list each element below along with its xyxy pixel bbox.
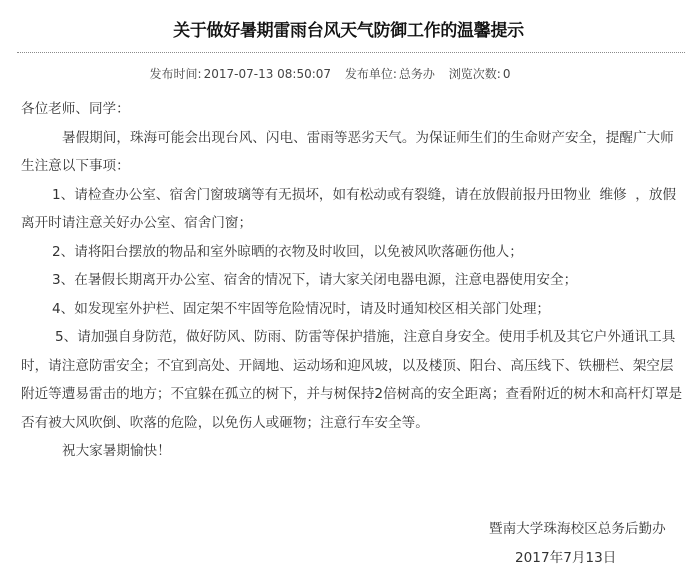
signature: 暨南大学珠海校区总务后勤办 xyxy=(489,519,666,539)
publisher: 总务办 xyxy=(399,67,435,81)
article-body: 各位老师、同学： 暑假期间，珠海可能会出现台风、闪电、雷雨等恶劣天气。为保证师生… xyxy=(21,95,683,466)
greeting: 各位老师、同学： xyxy=(21,95,683,124)
title-divider xyxy=(17,52,685,53)
article-title: 关于做好暑期雷雨台风天气防御工作的温馨提示 xyxy=(0,19,697,43)
notice-item-3: 3、在暑假长期离开办公室、宿舍的情况下，请大家关闭电器电源，注意电器使用安全； xyxy=(21,266,683,295)
signature-date: 2017年7月13日 xyxy=(515,548,616,568)
publisher-label: 发布单位: xyxy=(345,67,397,81)
notice-item-1: 1、请检查办公室、宿舍门窗玻璃等有无损坏，如有松动或有裂缝，请在放假前报丹田物业… xyxy=(21,181,683,238)
views-label: 浏览次数: xyxy=(449,67,501,81)
view-count: 0 xyxy=(503,67,511,81)
notice-item-5: 5、请加强自身防范，做好防风、防雨、防雷等保护措施，注意自身安全。使用手机及其它… xyxy=(21,323,683,437)
publish-time-label: 发布时间: xyxy=(150,67,202,81)
notice-item-4: 4、如发现室外护栏、固定架不牢固等危险情况时，请及时通知校区相关部门处理； xyxy=(21,295,683,324)
article: 关于做好暑期雷雨台风天气防御工作的温馨提示 发布时间:2017-07-13 08… xyxy=(0,0,697,587)
closing-wish: 祝大家暑期愉快！ xyxy=(21,437,683,466)
article-meta: 发布时间:2017-07-13 08:50:07 发布单位:总务办 浏览次数:0 xyxy=(0,65,660,83)
notice-item-2: 2、请将阳台摆放的物品和室外晾晒的衣物及时收回，以免被风吹落砸伤他人； xyxy=(21,238,683,267)
publish-time: 2017-07-13 08:50:07 xyxy=(204,67,331,81)
intro-paragraph: 暑假期间，珠海可能会出现台风、闪电、雷雨等恶劣天气。为保证师生们的生命财产安全，… xyxy=(21,124,683,181)
